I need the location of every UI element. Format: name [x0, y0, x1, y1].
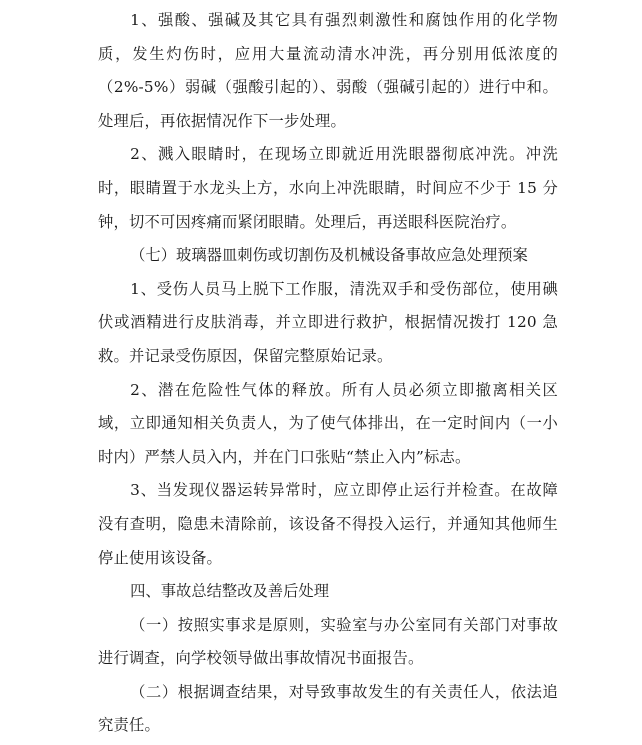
paragraph-injury-treatment: 1、受伤人员马上脱下工作服，清洗双手和受伤部位，使用碘伏或酒精进行皮肤消毒，并立…	[98, 273, 558, 374]
paragraph-investigation: （一）按照实事求是原则，实验室与办公室同有关部门对事故进行调查，向学校领导做出事…	[98, 609, 558, 676]
document-page: 1、强酸、强碱及其它具有强烈刺激性和腐蚀作用的化学物质，发生灼伤时，应用大量流动…	[98, 4, 558, 743]
paragraph-equipment-abnormal: 3、当发现仪器运转异常时，应立即停止运行并检查。在故障没有查明，隐患未清除前，该…	[98, 474, 558, 575]
paragraph-accountability: （二）根据调查结果，对导致事故发生的有关责任人，依法追究责任。	[98, 676, 558, 743]
section-heading-summary: 四、事故总结整改及善后处理	[98, 575, 558, 609]
paragraph-acid-base-burn: 1、强酸、强碱及其它具有强烈刺激性和腐蚀作用的化学物质，发生灼伤时，应用大量流动…	[98, 4, 558, 138]
section-heading-glass-mechanical: （七）玻璃器皿刺伤或切割伤及机械设备事故应急处理预案	[98, 239, 558, 273]
paragraph-eye-splash: 2、溅入眼睛时，在现场立即就近用洗眼器彻底冲洗。冲洗时，眼睛置于水龙头上方，水向…	[98, 138, 558, 239]
paragraph-gas-release: 2、潜在危险性气体的释放。所有人员必须立即撤离相关区域，立即通知相关负责人，为了…	[98, 374, 558, 475]
